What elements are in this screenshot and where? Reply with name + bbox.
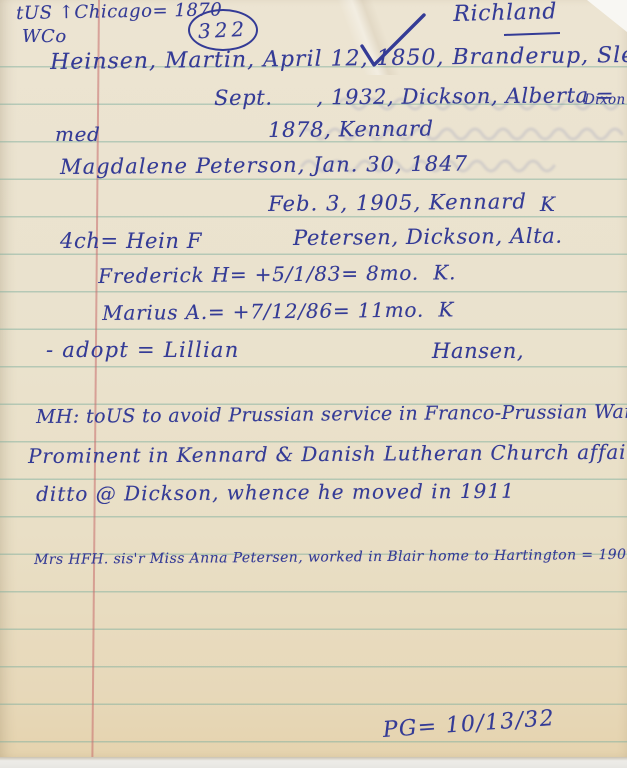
- bio-note-line1: MH: toUS to avoid Prussian service in Fr…: [36, 401, 627, 428]
- child-frederick-line: Frederick H= +5/1/83= 8mo. K.: [98, 260, 456, 288]
- page-number-badge: 322: [188, 9, 258, 51]
- region-label: Richland: [453, 0, 557, 27]
- bio-note-line2: Prominent in Kennard & Danish Lutheran C…: [28, 440, 627, 468]
- entry-name-birth-line: Heinsen, Martin, April 12, 1850, Brander…: [50, 42, 627, 75]
- scanned-note-page: tUS ↑Chicago= 1870 WCo 322 Richland Hein…: [0, 0, 627, 768]
- spouse-death-line: Feb. 3, 1905, Kennard: [268, 189, 527, 216]
- entry-death-note: Dixon: [584, 92, 626, 108]
- scan-background-strip: [0, 757, 627, 768]
- spouse-death-place-mark: K: [540, 192, 556, 216]
- red-margin-line: [91, 0, 99, 757]
- page-corner-cut: [587, 0, 627, 32]
- header-note-line2: WCo: [22, 26, 67, 47]
- page-number: 322: [197, 17, 248, 44]
- married-year-place: 1878, Kennard: [268, 117, 434, 142]
- paper-sheet: tUS ↑Chicago= 1870 WCo 322 Richland Hein…: [0, 0, 627, 757]
- child-marius-line: Marius A.= +7/12/86= 11mo. K: [102, 297, 454, 325]
- recorded-date: PG= 10/13/32: [382, 706, 556, 743]
- entry-death-line: Sept. , 1932, Dickson, Alberta =: [214, 83, 614, 110]
- bio-note-line3: ditto @ Dickson, whence he moved in 1911: [36, 479, 515, 506]
- children-count-line: 4ch= Hein F: [60, 229, 202, 253]
- region-underline: [504, 32, 560, 36]
- spouse-name-birth-line: Magdalene Peterson, Jan. 30, 1847: [60, 151, 468, 179]
- married-label: med: [55, 122, 100, 146]
- children-surnames-line: Petersen, Dickson, Alta.: [293, 224, 563, 250]
- adopted-child-surname: Hansen,: [432, 339, 524, 363]
- adopted-child-line: - adopt = Lillian: [46, 338, 239, 362]
- footnote-line: Mrs HFH. sis'r Miss Anna Petersen, worke…: [34, 547, 627, 568]
